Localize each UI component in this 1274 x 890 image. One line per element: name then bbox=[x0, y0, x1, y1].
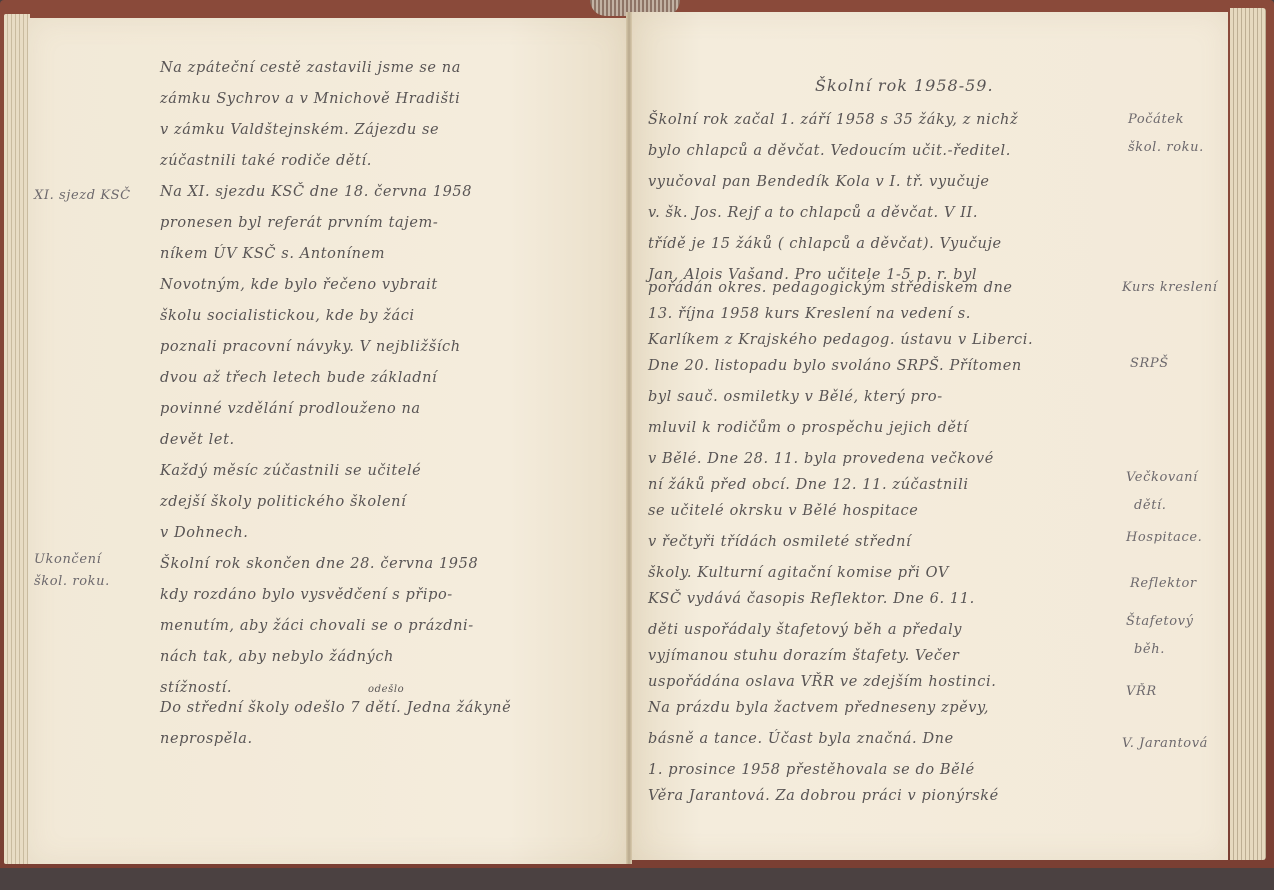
margin-note-jarantova: V. Jarantová bbox=[1122, 736, 1208, 751]
right-line: se učitelé okrsku v Bělé hospitace bbox=[648, 503, 918, 519]
right-line: Karlíkem z Krajského pedagog. ústavu v L… bbox=[648, 332, 1033, 348]
page-edges-left bbox=[4, 14, 30, 864]
right-line: v. šk. Jos. Rejf a to chlapců a děvčat. … bbox=[648, 205, 978, 221]
page-title: Školní rok 1958-59. bbox=[815, 76, 994, 95]
margin-note-srps: SRPŠ bbox=[1130, 356, 1169, 371]
left-line: nách tak, aby nebylo žádných bbox=[160, 649, 394, 665]
margin-note-kurs: Kurs kreslení bbox=[1122, 280, 1217, 295]
margin-note-hospitace: Hospitace. bbox=[1126, 530, 1202, 545]
page-edges-right bbox=[1230, 8, 1266, 860]
background-surface bbox=[0, 868, 1274, 890]
right-line: pořádán okres. pedagogickým střediskem d… bbox=[648, 280, 1013, 296]
book-gutter bbox=[626, 12, 632, 864]
margin-note-skol-roku: škol. roku. bbox=[1128, 140, 1204, 155]
margin-note-beh: běh. bbox=[1134, 642, 1165, 657]
right-line: Dne 20. listopadu bylo svoláno SRPŠ. Pří… bbox=[648, 358, 1022, 374]
superscript-insertion: odešlo bbox=[368, 684, 404, 695]
right-line: uspořádána oslava VŘR ve zdejším hostinc… bbox=[648, 674, 996, 690]
left-page bbox=[28, 18, 628, 864]
margin-note-pocatek: Počátek bbox=[1128, 112, 1184, 127]
left-line: zúčastnili také rodiče dětí. bbox=[160, 153, 372, 169]
right-line: básně a tance. Účast byla značná. Dne bbox=[648, 731, 954, 747]
left-line: Každý měsíc zúčastnili se učitelé bbox=[160, 463, 421, 479]
right-line: vyučoval pan Bendedík Kola v I. tř. vyuč… bbox=[648, 174, 990, 190]
margin-note-reflektor: Reflektor bbox=[1130, 576, 1197, 591]
right-line: 13. října 1958 kurs Kreslení na vedení s… bbox=[648, 306, 971, 322]
left-line: zdejší školy politického školení bbox=[160, 494, 406, 510]
left-line: nepro­spěla. bbox=[160, 731, 253, 747]
right-line: KSČ vydává časopis Reflektor. Dne 6. 11. bbox=[648, 591, 975, 607]
left-line: menutím, aby žáci chovali se o prázdni- bbox=[160, 618, 474, 634]
left-line: povinné vzdělání prodlouženo na bbox=[160, 401, 421, 417]
left-line: Na zpáteční cestě zastavili jsme se na bbox=[160, 60, 461, 76]
right-line: 1. prosince 1958 přestěhovala se do Bělé bbox=[648, 762, 975, 778]
left-line: v zámku Valdštejnském. Zájezdu se bbox=[160, 122, 439, 138]
left-line: stížností. bbox=[160, 680, 232, 696]
margin-note-deti: dětí. bbox=[1134, 498, 1167, 513]
margin-note-sjezd: XI. sjezd KSČ bbox=[34, 188, 131, 203]
right-line: vyjímanou stuhu dorazím štafety. Večer bbox=[648, 648, 959, 664]
margin-note-skol-roku: škol. roku. bbox=[34, 574, 110, 589]
right-line: Školní rok začal 1. září 1958 s 35 žáky,… bbox=[648, 112, 1018, 128]
left-line: kdy rozdáno bylo vysvědčení s připo- bbox=[160, 587, 453, 603]
right-line: v Bělé. Dne 28. 11. byla provedena večko… bbox=[648, 451, 994, 467]
right-line: třídě je 15 žáků ( chlapců a děvčat). Vy… bbox=[648, 236, 1002, 252]
left-line: Do střední školy odešlo 7 dětí. Jedna žá… bbox=[160, 700, 511, 716]
left-line: v Dohnech. bbox=[160, 525, 248, 541]
left-line: Školní rok skončen dne 28. června 1958 bbox=[160, 556, 478, 572]
left-line: školu socialistickou, kde by žáci bbox=[160, 308, 415, 324]
right-line: mluvil k rodičům o prospěchu jejich dětí bbox=[648, 420, 968, 436]
right-line: Na prázdu byla žactvem předneseny zpěvy, bbox=[648, 700, 989, 716]
left-line: níkem ÚV KSČ s. Antonínem bbox=[160, 246, 385, 262]
left-line: poznali pracovní návyky. V nejbližších bbox=[160, 339, 461, 355]
left-line: zámku Sychrov a v Mnichově Hradišti bbox=[160, 91, 460, 107]
left-line: Novotným, kde bylo řečeno vybrait bbox=[160, 277, 438, 293]
left-line: pronesen byl referát prvním tajem- bbox=[160, 215, 438, 231]
right-line: byl sauč. osmiletky v Bělé, který pro- bbox=[648, 389, 943, 405]
margin-note-stafetovy: Štafetový bbox=[1126, 614, 1194, 629]
margin-note-ukonceni: Ukončení bbox=[34, 552, 101, 567]
margin-note-vrr: VŘR bbox=[1126, 684, 1157, 699]
left-line: Na XI. sjezdu KSČ dne 18. června 1958 bbox=[160, 184, 472, 200]
right-line: školy. Kulturní agitační komise při OV bbox=[648, 565, 949, 581]
left-line: dvou až třech letech bude základní bbox=[160, 370, 437, 386]
right-line: v řečtyři třídách osmileté střední bbox=[648, 534, 911, 550]
right-line: bylo chlapců a děvčat. Vedoucím učit.-ře… bbox=[648, 143, 1011, 159]
right-line: Věra Jarantová. Za dobrou práci v pionýr… bbox=[648, 788, 999, 804]
left-line: devět let. bbox=[160, 432, 235, 448]
margin-note-veckovani: Večkovaní bbox=[1126, 470, 1198, 485]
right-line: ní žáků před obcí. Dne 12. 11. zúčastnil… bbox=[648, 477, 969, 493]
right-line: děti uspořádaly štafetový běh a předaly bbox=[648, 622, 962, 638]
